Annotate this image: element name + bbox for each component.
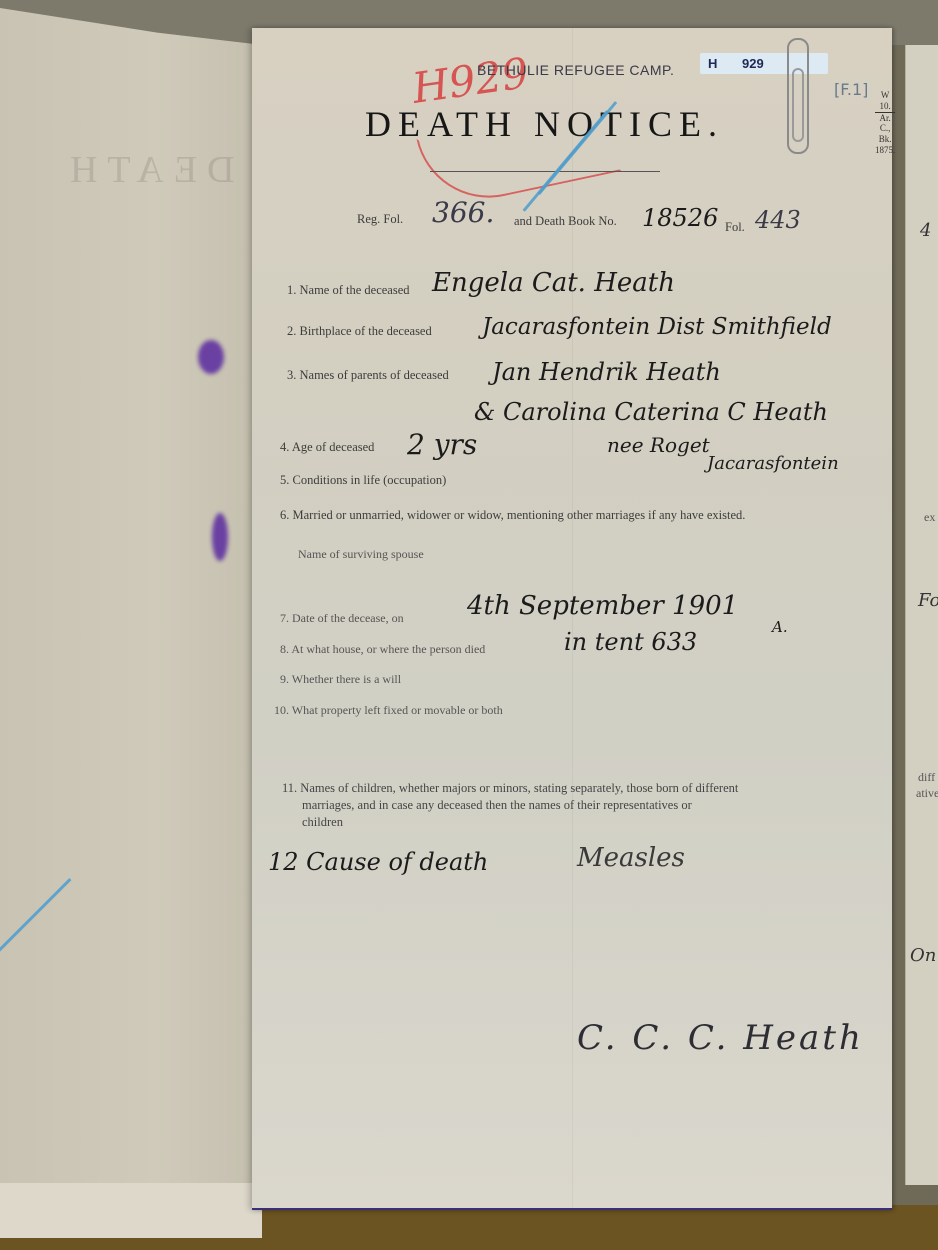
field-3-text: Names of parents of deceased: [300, 368, 449, 382]
reg-fol-label: Reg. Fol.: [357, 212, 403, 227]
blue-crayon-mark: [0, 878, 71, 958]
field-4-number: 4.: [280, 440, 289, 454]
camp-name: BETHULIE REFUGEE CAMP.: [477, 62, 674, 78]
fol-value: 443: [755, 206, 801, 234]
right-page: 4 ex Fo diff ative On: [905, 45, 938, 1185]
field-7-value: 4th September 1901: [467, 591, 738, 621]
field-4-value: 2 yrs: [407, 428, 477, 461]
title-underline: [430, 171, 660, 172]
field-11-line-1: Names of children, whether majors or min…: [300, 781, 738, 795]
right-page-handwriting: On: [910, 945, 936, 966]
cause-of-death-label: 12 Cause of death: [268, 848, 488, 876]
field-3-value-line-2: & Carolina Caterina C Heath: [474, 398, 828, 426]
field-1-value: Engela Cat. Heath: [432, 268, 675, 298]
field-3-label: 3. Names of parents of deceased: [287, 368, 449, 383]
archive-label-prefix: H: [708, 56, 717, 71]
surviving-spouse-label: Name of surviving spouse: [298, 547, 424, 562]
page-title: DEATH NOTICE.: [365, 103, 724, 145]
pencil-annotation: [F.1]: [834, 80, 868, 99]
right-page-text-diff: diff: [918, 770, 935, 785]
form-ref-source: Ar. C., Bk. 1875.: [875, 113, 895, 156]
field-8-superscript: A.: [772, 618, 788, 636]
field-7-label: 7. Date of the decease, on: [280, 611, 404, 626]
field-10-label: 10. What property left fixed or movable …: [274, 703, 503, 718]
field-1-label: 1. Name of the deceased: [287, 283, 410, 298]
field-11-paragraph: 11. Names of children, whether majors or…: [282, 780, 812, 831]
field-9-number: 9.: [280, 672, 289, 686]
field-2-text: Birthplace of the deceased: [300, 324, 432, 338]
form-reference: W 10. Ar. C., Bk. 1875.: [875, 90, 895, 156]
field-2-value: Jacarasfontein Dist Smithfield: [482, 314, 832, 340]
death-book-label: and Death Book No.: [514, 214, 617, 229]
death-notice-page: H929 BETHULIE REFUGEE CAMP. H 929 W 10. …: [252, 28, 892, 1210]
field-4-label: 4. Age of deceased: [280, 440, 374, 455]
death-book-value: 18526: [642, 204, 718, 232]
field-11-number: 11.: [282, 781, 297, 795]
archive-label-number: 929: [742, 56, 764, 71]
field-7-text: Date of the decease, on: [292, 611, 404, 625]
field-1-text: Name of the deceased: [300, 283, 410, 297]
field-4-text: Age of deceased: [292, 440, 375, 454]
field-9-text: Whether there is a will: [292, 672, 401, 686]
field-8-text: At what house, or where the person died: [291, 642, 485, 656]
field-5-text: Conditions in life (occupation): [293, 473, 447, 487]
field-6-number: 6.: [280, 508, 289, 522]
field-11-line-3: children: [282, 814, 812, 831]
informant-signature: C. C. C. Heath: [577, 1018, 864, 1058]
field-8-value: in tent 633: [564, 628, 697, 656]
field-2-number: 2.: [287, 324, 296, 338]
field-8-label: 8. At what house, or where the person di…: [280, 642, 485, 657]
field-2-label: 2. Birthplace of the deceased: [287, 324, 432, 339]
left-page-ghost-text: DEATH: [60, 148, 235, 192]
right-page-handwriting: 4: [920, 220, 931, 241]
field-10-number: 10.: [274, 703, 289, 717]
left-page-fold: [0, 1183, 262, 1238]
fol-label: Fol.: [725, 220, 745, 235]
field-3-value: Jan Hendrik Heath: [492, 358, 721, 386]
purple-ink-blot: [212, 513, 228, 561]
field-8-number: 8.: [280, 642, 289, 656]
purple-ink-blot: [198, 340, 224, 374]
field-10-text: What property left fixed or movable or b…: [292, 703, 503, 717]
field-6-text: Married or unmarried, widower or widow, …: [293, 508, 746, 522]
field-6-label: 6. Married or unmarried, widower or wido…: [280, 508, 745, 523]
field-11-line-2: marriages, and in case any deceased then…: [282, 797, 812, 814]
field-3-number: 3.: [287, 368, 296, 382]
reg-fol-value: 366.: [432, 196, 494, 229]
field-5-number: 5.: [280, 473, 289, 487]
field-9-label: 9. Whether there is a will: [280, 672, 401, 687]
cause-of-death-value: Measles: [577, 843, 685, 873]
form-ref-number: W 10.: [875, 90, 895, 113]
right-page-handwriting: Fo: [918, 590, 938, 611]
field-1-number: 1.: [287, 283, 296, 297]
field-3-value-line-4: Jacarasfontein: [707, 453, 839, 474]
paper-clip-inner: [792, 68, 804, 142]
field-5-label: 5. Conditions in life (occupation): [280, 473, 446, 488]
right-page-text-ative: ative: [916, 786, 938, 801]
left-page: DEATH: [0, 8, 262, 1238]
field-7-number: 7.: [280, 611, 289, 625]
right-page-text-ex: ex: [924, 510, 935, 525]
field-3-value-line-3: nee Roget: [607, 433, 710, 457]
